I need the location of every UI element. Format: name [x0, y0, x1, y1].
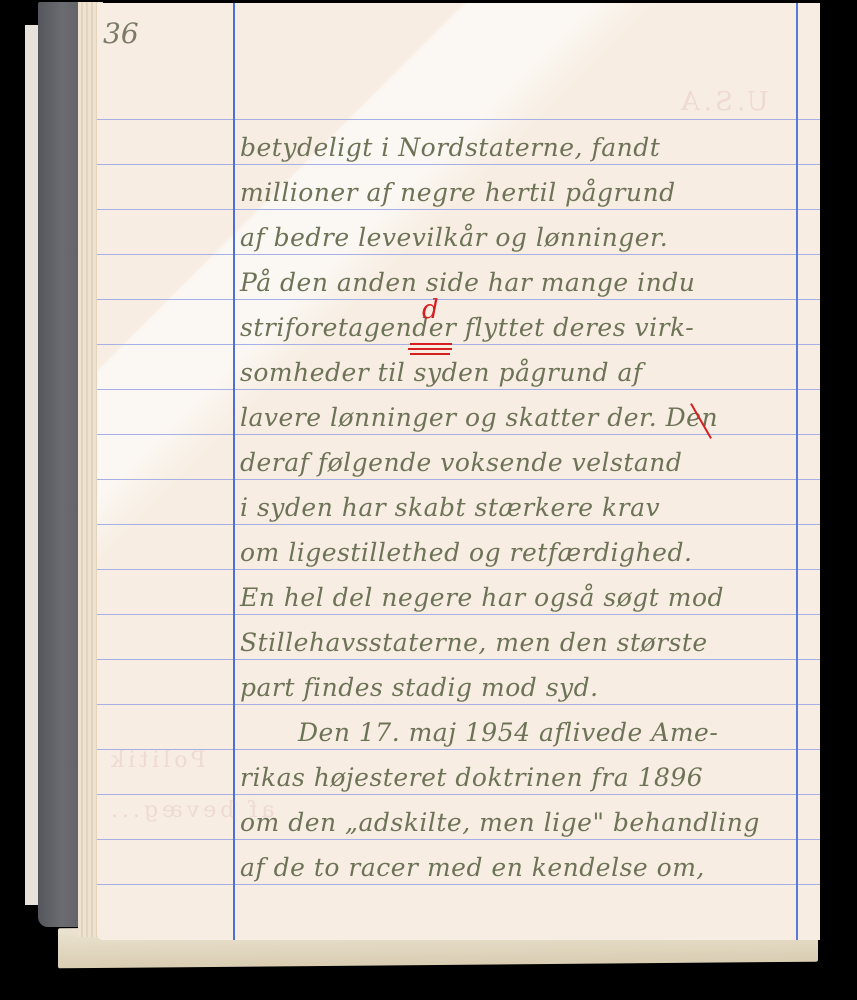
ruled-line	[97, 299, 820, 300]
text-line: En hel del negere har også søgt mod	[240, 583, 724, 612]
red-underline	[410, 353, 450, 355]
text-line: striforetagender flyttet deres virk-	[240, 313, 694, 342]
ruled-line	[97, 344, 820, 345]
ruled-line	[97, 839, 820, 840]
ruled-line	[97, 704, 820, 705]
bleed-through-text: U.S.A	[677, 87, 769, 117]
red-underline	[408, 348, 452, 350]
text-line: om ligestillethed og retfærdighed.	[240, 538, 692, 567]
text-line: i syden har skabt stærkere krav	[240, 493, 660, 522]
text-line: om den „adskilte, men lige" behandling	[240, 808, 760, 837]
text-line: part findes stadig mod syd.	[240, 673, 599, 702]
ruled-line	[97, 524, 820, 525]
notebook-page: U.S.A Politik af bevæg... 36 betydeligt …	[97, 3, 820, 940]
text-line: Stillehavsstaterne, men den største	[240, 628, 708, 657]
ruled-line	[97, 659, 820, 660]
ruled-line	[97, 479, 820, 480]
ruled-line	[97, 119, 820, 120]
red-correction-mark: d	[422, 295, 439, 325]
text-line: somheder til syden pågrund af	[240, 358, 643, 387]
ruled-line	[97, 254, 820, 255]
ruled-line	[97, 434, 820, 435]
text-line: af de to racer med en kendelse om,	[240, 853, 705, 882]
text-line: betydeligt i Nordstaterne, fandt	[240, 133, 660, 162]
bleed-through-text: Politik	[107, 748, 205, 773]
page-number: 36	[103, 17, 139, 50]
text-line: rikas højesteret doktrinen fra 1896	[240, 763, 703, 792]
ruled-line	[97, 884, 820, 885]
ruled-line	[97, 209, 820, 210]
ruled-line	[97, 794, 820, 795]
text-line: På den anden side har mange indu	[240, 268, 695, 297]
red-underline	[410, 343, 452, 345]
ruled-line	[97, 569, 820, 570]
right-margin-line	[796, 3, 798, 940]
ruled-line	[97, 614, 820, 615]
ruled-line	[97, 749, 820, 750]
ruled-line	[97, 164, 820, 165]
text-line: lavere lønninger og skatter der. Den	[240, 403, 718, 432]
text-line: Den 17. maj 1954 aflivede Ame-	[240, 718, 718, 747]
text-line: deraf følgende voksende velstand	[240, 448, 682, 477]
text-line: millioner af negre hertil pågrund	[240, 178, 676, 207]
ruled-line	[97, 389, 820, 390]
text-line: af bedre levevilkår og lønninger.	[240, 223, 668, 252]
